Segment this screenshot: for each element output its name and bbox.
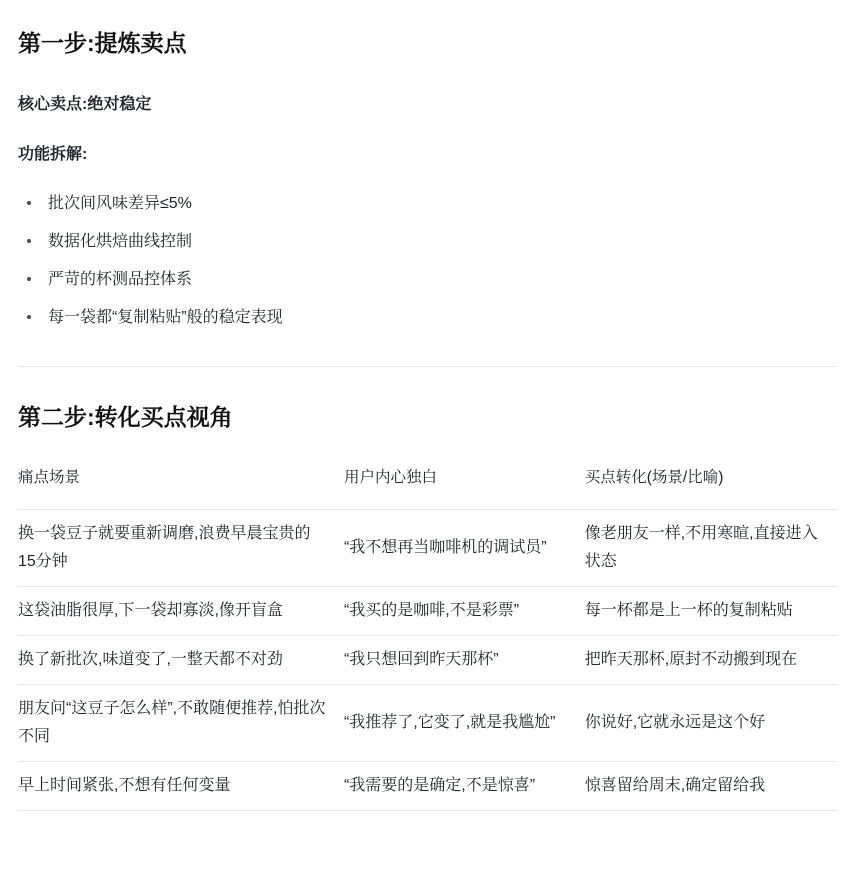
section-divider bbox=[18, 366, 837, 367]
table-cell: 早上时间紧张,不想有任何变量 bbox=[18, 762, 344, 811]
feature-list: 批次间风味差异≤5% 数据化烘焙曲线控制 严苛的杯测品控体系 每一袋都“复制粘贴… bbox=[18, 194, 837, 327]
conversion-table: 痛点场景 用户内心独白 买点转化(场景/比喻) 换一袋豆子就要重新调磨,浪费早晨… bbox=[18, 462, 837, 811]
table-cell: 你说好,它就永远是这个好 bbox=[585, 685, 837, 762]
step2-heading: 第二步:转化买点视角 bbox=[18, 404, 837, 432]
table-row: 朋友问“这豆子怎么样”,不敢随便推荐,怕批次不同 “我推荐了,它变了,就是我尴尬… bbox=[18, 685, 837, 762]
table-cell: “我推荐了,它变了,就是我尴尬” bbox=[344, 685, 585, 762]
document-page: 第一步:提炼卖点 核心卖点:绝对稳定 功能拆解: 批次间风味差异≤5% 数据化烘… bbox=[18, 30, 837, 811]
section-step2: 第二步:转化买点视角 痛点场景 用户内心独白 买点转化(场景/比喻) 换一袋豆子… bbox=[18, 404, 837, 812]
table-cell: 这袋油脂很厚,下一袋却寡淡,像开盲盒 bbox=[18, 587, 344, 636]
table-cell: “我只想回到昨天那杯” bbox=[344, 636, 585, 685]
table-cell: 换了新批次,味道变了,一整天都不对劲 bbox=[18, 636, 344, 685]
table-cell: “我需要的是确定,不是惊喜” bbox=[344, 762, 585, 811]
table-cell: 像老朋友一样,不用寒暄,直接进入状态 bbox=[585, 510, 837, 587]
step1-heading: 第一步:提炼卖点 bbox=[18, 30, 837, 58]
feature-item: 批次间风味差异≤5% bbox=[18, 194, 837, 213]
table-header-row: 痛点场景 用户内心独白 买点转化(场景/比喻) bbox=[18, 462, 837, 510]
feature-item: 数据化烘焙曲线控制 bbox=[18, 232, 837, 251]
table-row: 换一袋豆子就要重新调磨,浪费早晨宝贵的15分钟 “我不想再当咖啡机的调试员” 像… bbox=[18, 510, 837, 587]
table-cell: 惊喜留给周末,确定留给我 bbox=[585, 762, 837, 811]
table-cell: 把昨天那杯,原封不动搬到现在 bbox=[585, 636, 837, 685]
table-cell: “我不想再当咖啡机的调试员” bbox=[344, 510, 585, 587]
header-buy-point-conversion: 买点转化(场景/比喻) bbox=[585, 462, 837, 510]
table-cell: “我买的是咖啡,不是彩票” bbox=[344, 587, 585, 636]
header-inner-monologue: 用户内心独白 bbox=[344, 462, 585, 510]
core-selling-point: 核心卖点:绝对稳定 bbox=[18, 91, 837, 114]
table-row: 这袋油脂很厚,下一袋却寡淡,像开盲盒 “我买的是咖啡,不是彩票” 每一杯都是上一… bbox=[18, 587, 837, 636]
feature-item: 每一袋都“复制粘贴”般的稳定表现 bbox=[18, 308, 837, 327]
table-row: 换了新批次,味道变了,一整天都不对劲 “我只想回到昨天那杯” 把昨天那杯,原封不… bbox=[18, 636, 837, 685]
feature-item: 严苛的杯测品控体系 bbox=[18, 270, 837, 289]
table-cell: 每一杯都是上一杯的复制粘贴 bbox=[585, 587, 837, 636]
header-pain-point: 痛点场景 bbox=[18, 462, 344, 510]
feature-breakdown-label: 功能拆解: bbox=[18, 141, 837, 164]
table-row: 早上时间紧张,不想有任何变量 “我需要的是确定,不是惊喜” 惊喜留给周末,确定留… bbox=[18, 762, 837, 811]
section-step1: 第一步:提炼卖点 核心卖点:绝对稳定 功能拆解: 批次间风味差异≤5% 数据化烘… bbox=[18, 30, 837, 327]
table-cell: 换一袋豆子就要重新调磨,浪费早晨宝贵的15分钟 bbox=[18, 510, 344, 587]
table-cell: 朋友问“这豆子怎么样”,不敢随便推荐,怕批次不同 bbox=[18, 685, 344, 762]
